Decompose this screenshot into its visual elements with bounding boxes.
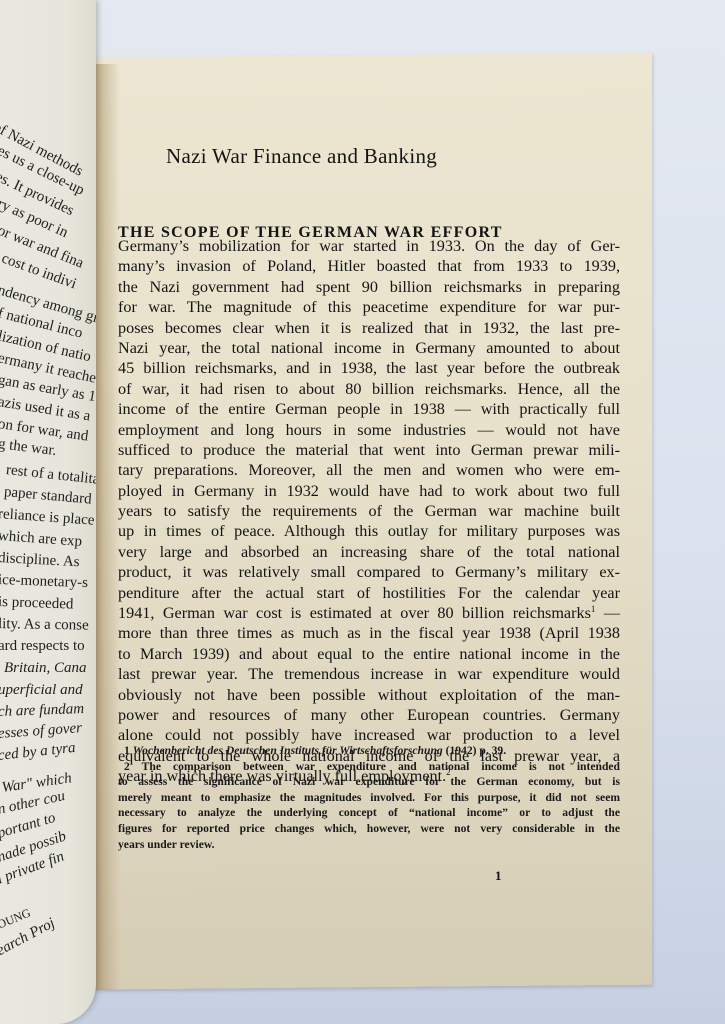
body-line-with-footnote: 1941, German war cost is estimated at ov… xyxy=(118,603,620,623)
body-line: many’s invasion of Poland, Hitler boaste… xyxy=(118,256,620,276)
body-line: ployed in Germany in 1932 would have had… xyxy=(118,481,620,501)
body-line: employment and long hours in some indust… xyxy=(118,420,620,440)
body-line-text: 1941, German war cost is estimated at ov… xyxy=(118,604,591,622)
body-line: Germany’s mobilization for war started i… xyxy=(118,236,620,256)
body-line: last prewar year. The tremendous increas… xyxy=(118,664,620,684)
body-line: 45 billion reichsmarks, and in 1938, the… xyxy=(118,358,620,378)
left-page-text: ice-monetary-s xyxy=(0,572,88,592)
body-line: to March 1939) and about equal to the en… xyxy=(118,644,620,664)
page-number: 1 xyxy=(495,868,502,884)
footnote-number: 1 xyxy=(124,744,130,757)
left-page-text: Britain, Cana xyxy=(4,660,87,677)
body-line: penditure after the actual start of host… xyxy=(118,583,620,603)
body-line: up in times of peace. Although this outl… xyxy=(118,521,620,541)
chapter-title: Nazi War Finance and Banking xyxy=(166,144,437,169)
body-line: the Nazi government had spent 90 billion… xyxy=(118,277,620,297)
footnote-2-line: merely meant to emphasize the magnitudes… xyxy=(118,790,620,806)
body-line: Nazi year, the total national income in … xyxy=(118,338,620,358)
footnote-2-line: necessary to analyze the underlying conc… xyxy=(118,805,620,821)
body-line: product, it was relatively small compare… xyxy=(118,562,620,582)
left-page-text: paper standard xyxy=(3,484,92,509)
left-page-text: lity. As a conse xyxy=(0,616,89,635)
body-paragraph: Germany’s mobilization for war started i… xyxy=(118,236,620,787)
body-line: very large and absorbed an increasing sh… xyxy=(118,542,620,562)
footnote-2-line: figures for reported price changes which… xyxy=(118,821,620,837)
body-line: tary preparations. Moreover, all the men… xyxy=(118,460,620,480)
body-line: obviously not have been possible without… xyxy=(118,685,620,705)
em-dash: — xyxy=(595,604,620,622)
body-line: power and resources of many other Europe… xyxy=(118,705,620,725)
body-line: income of the entire German people in 19… xyxy=(118,399,620,419)
left-page-curl: of Nazi methods es us a close-up es. It … xyxy=(0,0,96,1024)
footnote-2-line: years under review. xyxy=(118,837,620,853)
body-line: poses becomes clear when it is realized … xyxy=(118,318,620,338)
footnotes: 1 Wochenbericht des Deutschen Instituts … xyxy=(118,743,620,852)
left-page-text: discipline. As xyxy=(0,550,80,571)
left-page-text: reliance is place xyxy=(0,506,95,530)
left-page-text: ard respects to xyxy=(0,638,85,655)
body-line: of war, it had risen to about 80 billion… xyxy=(118,379,620,399)
left-page-text: which are exp xyxy=(0,528,83,551)
body-line: for war. The magnitude of this peacetime… xyxy=(118,297,620,317)
left-page-text: uperficial and xyxy=(0,682,83,699)
footnote-2-line: to assess the significance of Nazi war e… xyxy=(118,774,620,790)
left-page-text: is proceeded xyxy=(0,594,74,614)
body-line: sufficed to produce the material that we… xyxy=(118,440,620,460)
left-page-text: ch are fundam xyxy=(0,701,84,721)
footnote-citation: (1942) p. 39. xyxy=(443,744,506,757)
footnote-2-line: 2 The comparison between war expenditure… xyxy=(118,759,620,775)
body-line: years to satisfy the requirements of the… xyxy=(118,501,620,521)
body-line: more than three times as much as in the … xyxy=(118,623,620,643)
left-page-text: ced by a tyra xyxy=(0,740,76,765)
footnote-source-title: Wochenbericht des Deutschen Instituts fü… xyxy=(133,744,443,757)
footnote-1: 1 Wochenbericht des Deutschen Instituts … xyxy=(118,743,620,759)
